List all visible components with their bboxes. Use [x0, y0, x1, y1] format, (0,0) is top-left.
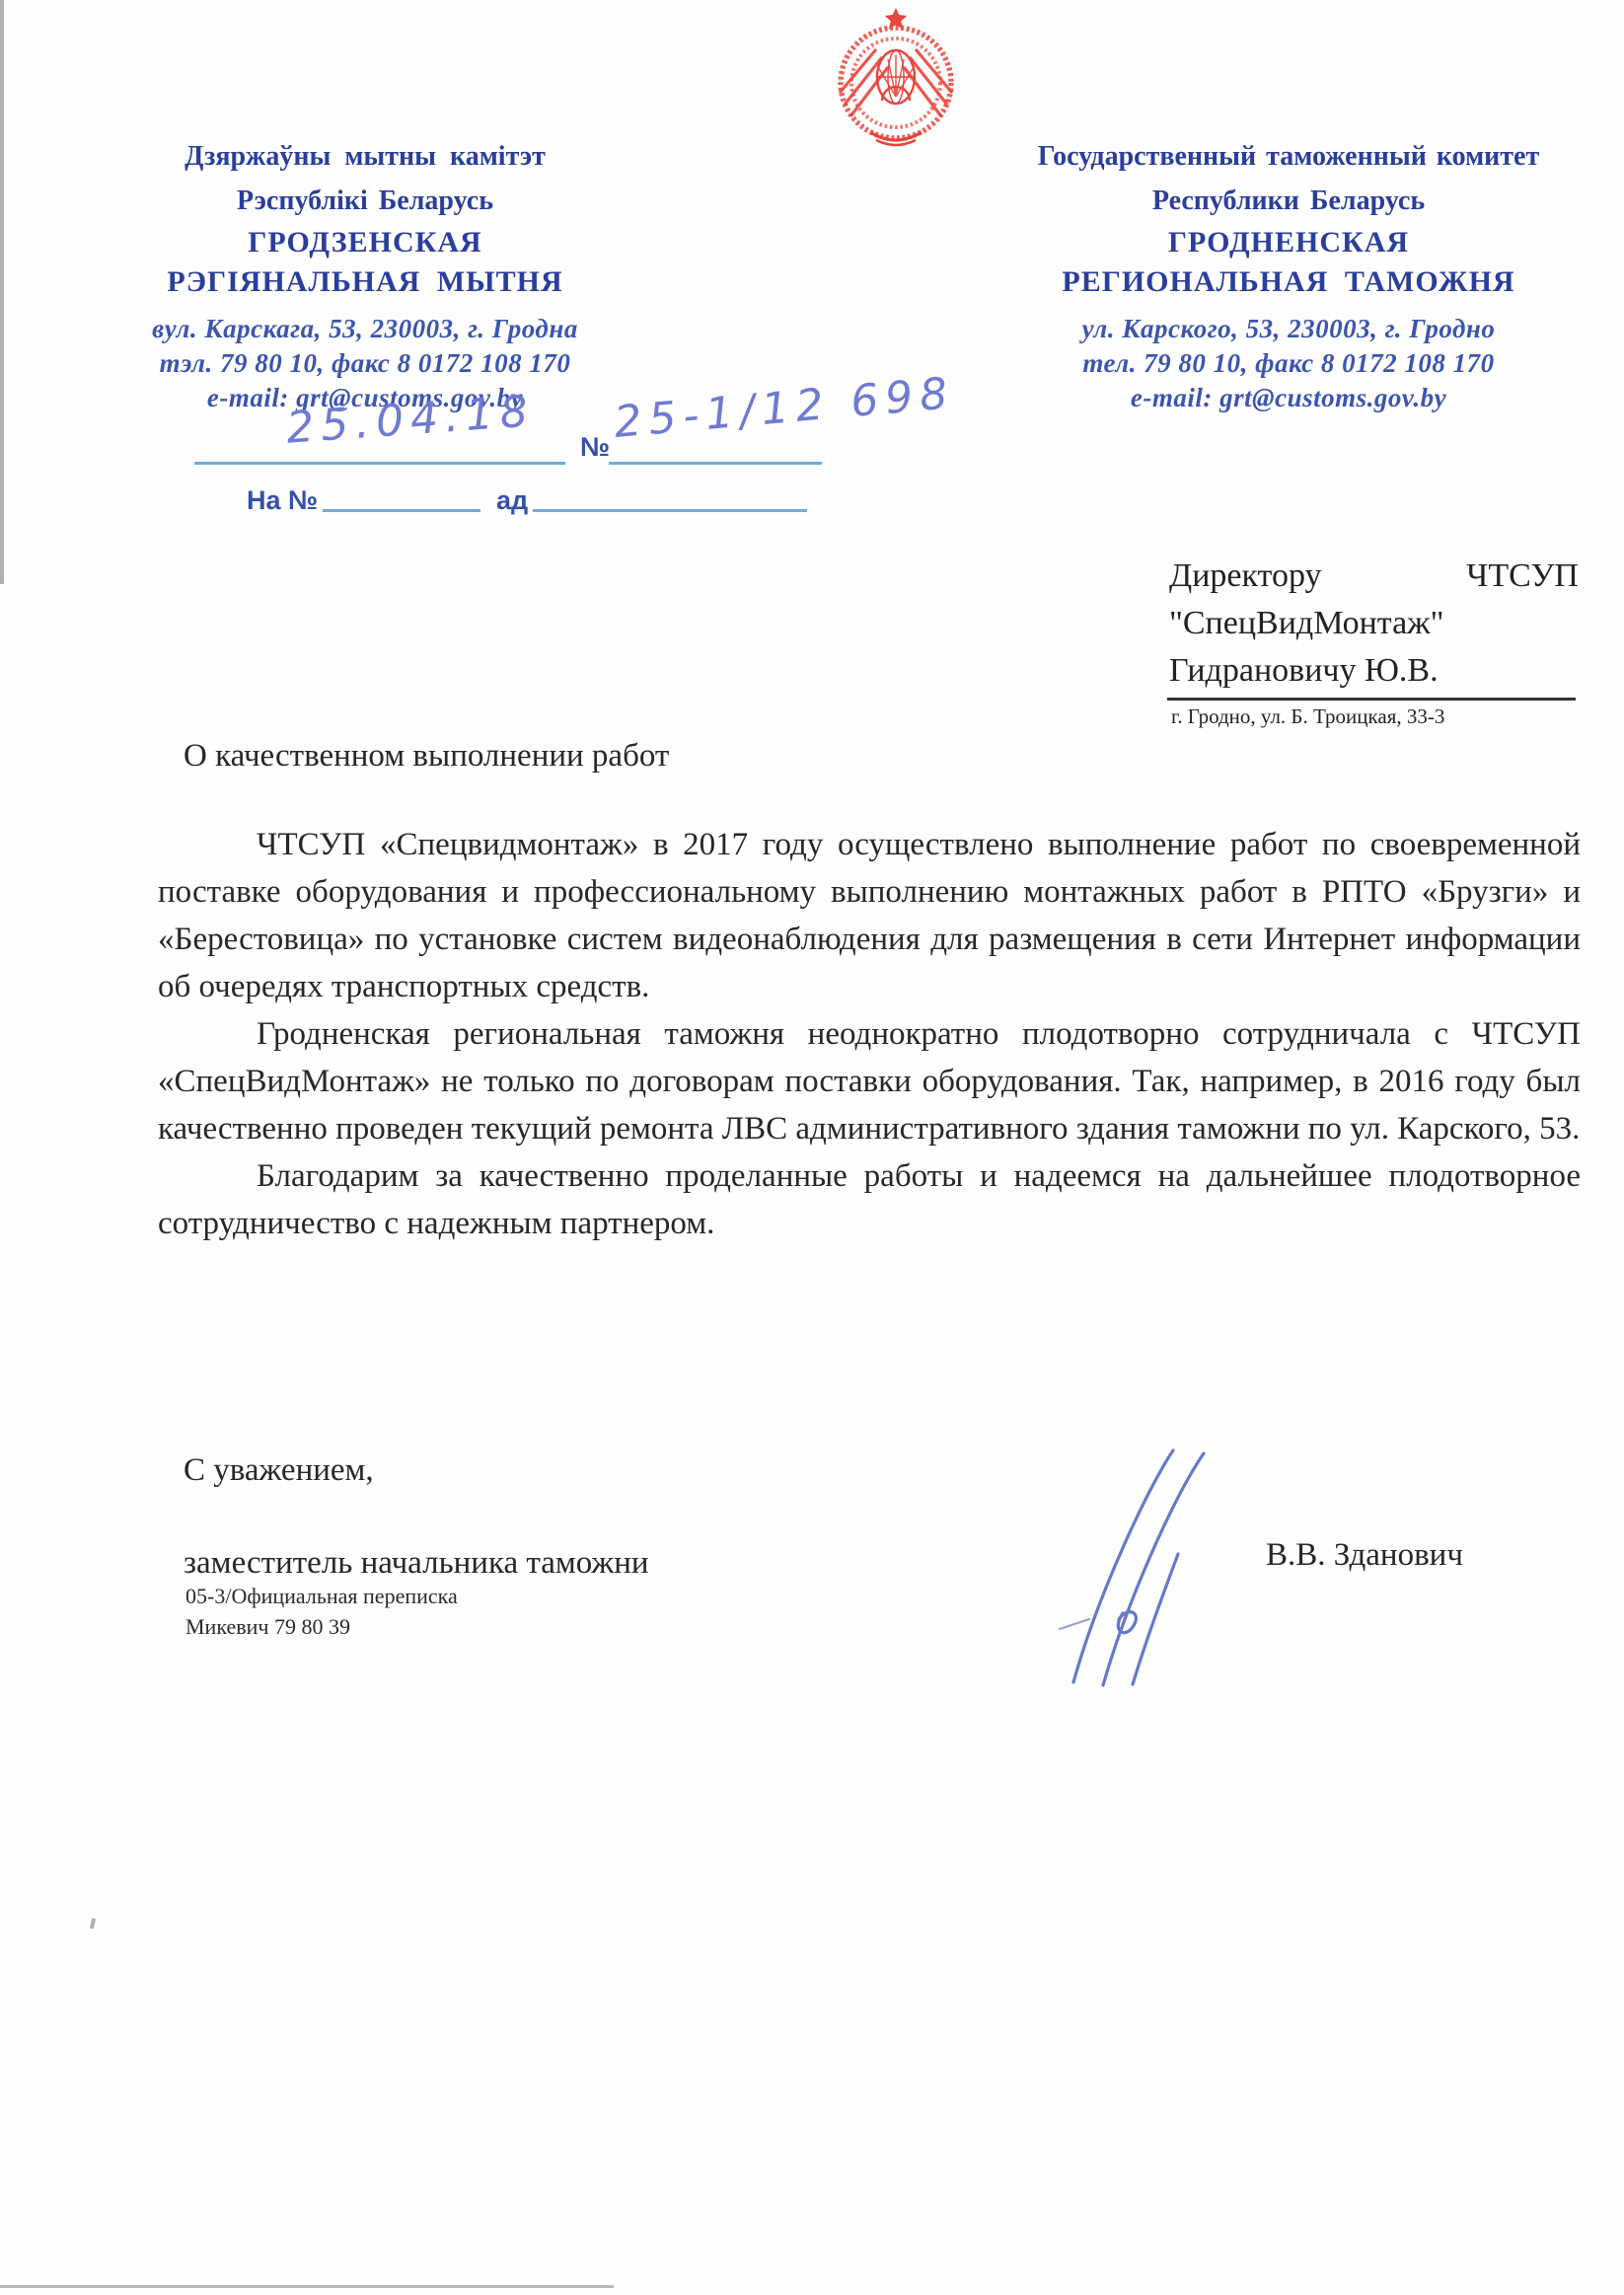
body-paragraph-1: ЧТСУП «Спецвидмонтаж» в 2017 году осущес…: [158, 821, 1581, 1010]
letterhead-left: Дзяржаўны мытны камітэт Рэспублікі Белар…: [138, 134, 592, 415]
scan-bottom-artifact: [0, 2285, 614, 2288]
addressee-person: Гидрановичу Ю.В.: [1169, 647, 1579, 695]
handwritten-number: 25-1/12 698: [612, 368, 956, 448]
reply-date-rule: [533, 509, 807, 512]
date-rule: [194, 462, 565, 465]
address-by: вул. Карскага, 53, 230003, г. Гродна: [138, 312, 592, 346]
letterhead-right: Государственный таможенный комитет Респу…: [1012, 134, 1565, 415]
letter-body: ЧТСУП «Спецвидмонтаж» в 2017 году осущес…: [158, 821, 1581, 1247]
addressee-address: г. Гродно, ул. Б. Троицкая, 33-3: [1171, 704, 1444, 729]
executor-contact: Микевич 79 80 39: [185, 1614, 350, 1640]
reply-from-label: ад: [496, 485, 528, 516]
org-name-by-line1: Дзяржаўны мытны камітэт: [138, 134, 592, 180]
reply-to-label: На №: [247, 485, 318, 516]
customs-name-ru-line2: РЕГИОНАЛЬНАЯ ТАМОЖНЯ: [1012, 262, 1565, 302]
customs-name-by-line2: РЭГІЯНАЛЬНАЯ МЫТНЯ: [138, 262, 592, 302]
addressee-title: Директору: [1169, 553, 1322, 600]
signer-name: В.В. Зданович: [1266, 1537, 1463, 1574]
phone-by: тэл. 79 80 10, факс 8 0172 108 170: [138, 346, 592, 381]
customs-name-by-line1: ГРОДЗЕНСКАЯ: [138, 223, 592, 262]
email-ru: e-mail: grt@customs.gov.by: [1012, 381, 1565, 415]
belarus-coat-of-arms-icon: [831, 6, 961, 157]
stray-ink-mark: [90, 1918, 97, 1930]
customs-name-ru-line1: ГРОДНЕНСКАЯ: [1012, 223, 1565, 262]
org-name-ru-line2: Республики Беларусь: [1012, 180, 1565, 223]
reply-number-rule: [323, 509, 480, 512]
case-reference: 05-3/Официальная переписка: [185, 1584, 458, 1609]
subject-line: О качественном выполнении работ: [184, 738, 669, 775]
body-paragraph-2: Гродненская региональная таможня неоднок…: [158, 1010, 1581, 1152]
salutation: С уважением,: [184, 1452, 374, 1489]
org-name-ru-line1: Государственный таможенный комитет: [1012, 134, 1565, 180]
signer-position: заместитель начальника таможни: [184, 1545, 649, 1582]
addressee-org-type: ЧТСУП: [1466, 553, 1579, 600]
addressee-underline: [1167, 698, 1576, 701]
scan-edge-artifact: [0, 0, 4, 584]
phone-ru: тел. 79 80 10, факс 8 0172 108 170: [1012, 346, 1565, 381]
body-paragraph-3: Благодарим за качественно проделанные ра…: [158, 1152, 1581, 1247]
org-name-by-line2: Рэспублікі Беларусь: [138, 180, 592, 223]
scanned-letter-page: Дзяржаўны мытны камітэт Рэспублікі Белар…: [0, 0, 1624, 2295]
number-label: №: [580, 432, 610, 463]
signature: [1054, 1436, 1231, 1697]
addressee-line1: Директору ЧТСУП: [1169, 553, 1579, 600]
number-rule: [609, 462, 822, 465]
addressee-block: Директору ЧТСУП "СпецВидМонтаж" Гидранов…: [1169, 553, 1579, 695]
address-ru: ул. Карского, 53, 230003, г. Гродно: [1012, 312, 1565, 346]
addressee-company: "СпецВидМонтаж": [1169, 600, 1579, 647]
